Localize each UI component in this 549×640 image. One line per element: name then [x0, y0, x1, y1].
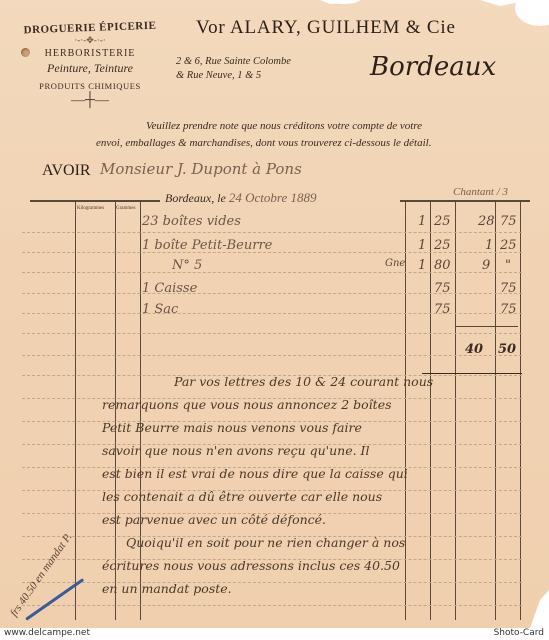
trade-produits: PRODUITS CHIMIQUES [20, 81, 160, 91]
letter-line: est bien il est vrai de nous dire que la… [102, 462, 532, 485]
item-unit: 80 [434, 258, 451, 273]
item-amount-centimes: 75 [500, 214, 517, 229]
subtotal-rule [456, 326, 518, 329]
notice-line-1: Veuillez prendre note que nous créditons… [96, 118, 536, 135]
firm-city: Bordeaux [370, 52, 496, 82]
trade-herboristerie: HERBORISTERIE [20, 48, 160, 59]
item-qty: 1 [418, 238, 426, 253]
document-heading: AVOIR [42, 162, 91, 180]
item-amount-centimes: 75 [500, 281, 517, 296]
image-footer: www.delcampe.net Shoto-Card [0, 628, 549, 640]
invoice-paper: DROGUERIE ÉPICERIE ·-·-✥-·-· HERBORISTER… [0, 0, 549, 628]
letter-line: en un mandat poste. [102, 577, 532, 600]
ruled-line [22, 333, 522, 334]
trade-droguerie: DROGUERIE ÉPICERIE [20, 20, 160, 37]
item-note: Gne [385, 258, 405, 269]
total-centimes: 50 [498, 342, 516, 357]
item-description: 1 Sac [142, 302, 178, 317]
letter-line: Quoiqu'il en soit pour ne rien changer à… [102, 531, 532, 554]
letter-line: Petit Beurre mais nous venons vous faire [102, 416, 532, 439]
watermark-seller: Shoto-Card [494, 628, 544, 638]
table-top-rule-right [400, 200, 530, 202]
item-qty: 1 [418, 214, 426, 229]
item-description: 1 Caisse [142, 281, 197, 296]
address-line-1: 2 & 6, Rue Sainte Colombe [176, 55, 291, 69]
letter-line: remarquons que vous nous annoncez 2 boît… [102, 393, 532, 416]
date-line: Bordeaux, le 24 Octobre 1889 [165, 190, 317, 206]
credit-notice: Veuillez prendre note que nous créditons… [96, 118, 536, 152]
item-qty: 1 [418, 258, 426, 273]
item-amount-centimes: " [505, 258, 511, 273]
letter-line: savoir que nous n'en avons reçu qu'une. … [102, 439, 532, 462]
column-header-kilogrammes: Kilogrammes [77, 206, 104, 211]
item-unit: 25 [434, 238, 451, 253]
item-unit: 25 [434, 214, 451, 229]
item-amount-centimes: 75 [500, 302, 517, 317]
trade-list: DROGUERIE ÉPICERIE ·-·-✥-·-· HERBORISTER… [20, 22, 160, 109]
ruled-line [22, 232, 522, 233]
ornament-cross-icon: —┼— [20, 93, 160, 109]
item-description: N° 5 [172, 258, 202, 273]
watermark-source-link[interactable]: www.delcampe.net [4, 628, 90, 638]
ruled-line [22, 355, 522, 356]
item-amount-francs: 1 [485, 238, 493, 253]
ornament-icon: ·-·-✥-·-· [20, 35, 160, 46]
column-header-grammes: Grammes [116, 206, 135, 211]
item-description: 1 boîte Petit-Beurre [142, 238, 272, 253]
total-francs: 40 [465, 342, 483, 357]
column-note: Chantant / 3 [453, 186, 508, 198]
notice-line-2: envoi, emballages & marchandises, dont v… [96, 135, 536, 152]
letter-line: écritures nous vous adressons inclus ces… [102, 554, 532, 577]
firm-name: Vor ALARY, GUILHEM & Cie [196, 17, 456, 39]
item-amount-francs: 28 [478, 214, 495, 229]
letter-line: est parvenue avec un côté défoncé. [102, 508, 532, 531]
firm-address: 2 & 6, Rue Sainte Colombe & Rue Neuve, 1… [176, 55, 291, 83]
date-handwritten: 24 Octobre 1889 [229, 190, 317, 205]
letter-line: les contenait a dû être ouverte car elle… [102, 485, 532, 508]
addressee: Monsieur J. Dupont à Pons [100, 160, 302, 178]
ruled-line [22, 605, 522, 606]
item-amount-centimes: 25 [500, 238, 517, 253]
letter-line: Par vos lettres des 10 & 24 courant nous [102, 370, 532, 393]
item-unit: 75 [434, 302, 451, 317]
item-unit: 75 [434, 281, 451, 296]
address-line-2: & Rue Neuve, 1 & 5 [176, 69, 291, 83]
letter-body: Par vos lettres des 10 & 24 courant nous… [102, 370, 532, 600]
date-prefix: Bordeaux, le [165, 191, 226, 205]
item-description: 23 boîtes vides [142, 214, 241, 229]
column-divider [75, 200, 76, 620]
item-amount-francs: 9 [482, 258, 490, 273]
trade-peinture: Peinture, Teinture [20, 61, 160, 76]
